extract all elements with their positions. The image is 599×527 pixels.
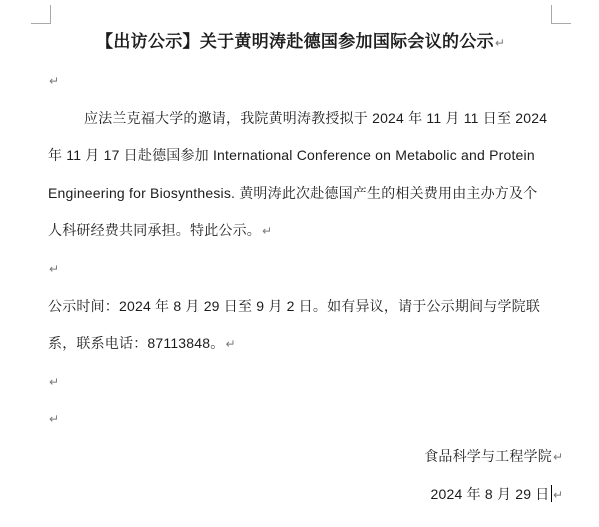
empty-paragraph-line[interactable]: ↵ xyxy=(48,400,553,438)
signature-org-line[interactable]: 食品科学与工程学院↵ xyxy=(48,438,553,476)
body-paragraph1-line4[interactable]: 人科研经费共同承担。特此公示。↵ xyxy=(48,212,553,250)
empty-paragraph-line[interactable]: ↵ xyxy=(48,363,553,401)
body-paragraph1-line2[interactable]: 年 11 月 17 日赴德国参加 International Conferenc… xyxy=(48,137,553,175)
body-text: 系，联系电话：87113848。 xyxy=(48,335,224,351)
empty-paragraph-line[interactable]: ↵ xyxy=(48,250,553,288)
signature-date: 2024 年 8 月 29 日 xyxy=(431,486,550,502)
paragraph-mark-icon: ↵ xyxy=(49,375,59,389)
body-paragraph1-line1[interactable]: 应法兰克福大学的邀请，我院黄明涛教授拟于 2024 年 11 月 11 日至 2… xyxy=(48,100,553,138)
body-text: 人科研经费共同承担。特此公示。 xyxy=(48,222,261,238)
signature-date-line[interactable]: 2024 年 8 月 29 日↵ xyxy=(48,476,553,514)
paragraph-mark-icon: ↵ xyxy=(225,337,235,351)
body-text: 公示时间：2024 年 8 月 29 日至 9 月 2 日。如有异议，请于公示期… xyxy=(48,298,540,314)
body-text: Engineering for Biosynthesis. 黄明涛此次赴德国产生… xyxy=(48,185,537,201)
paragraph-mark-icon: ↵ xyxy=(262,224,272,238)
body-paragraph2-line2[interactable]: 系，联系电话：87113848。↵ xyxy=(48,325,553,363)
body-text: 年 11 月 17 日赴德国参加 International Conferenc… xyxy=(48,147,535,163)
margin-crop-mark-top-right xyxy=(551,5,571,24)
paragraph-mark-icon: ↵ xyxy=(495,36,505,50)
paragraph-mark-icon: ↵ xyxy=(49,262,59,276)
empty-paragraph-line[interactable]: ↵ xyxy=(48,62,553,100)
document-page: 【出访公示】关于黄明涛赴德国参加国际会议的公示↵ ↵ 应法兰克福大学的邀请，我院… xyxy=(0,0,599,527)
document-text-area[interactable]: 【出访公示】关于黄明涛赴德国参加国际会议的公示↵ ↵ 应法兰克福大学的邀请，我院… xyxy=(48,22,553,513)
paragraph-mark-icon: ↵ xyxy=(49,74,59,88)
body-paragraph2-line1[interactable]: 公示时间：2024 年 8 月 29 日至 9 月 2 日。如有异议，请于公示期… xyxy=(48,288,553,326)
paragraph-mark-icon: ↵ xyxy=(49,412,59,426)
document-title: 【出访公示】关于黄明涛赴德国参加国际会议的公示 xyxy=(96,32,494,51)
body-paragraph1-line3[interactable]: Engineering for Biosynthesis. 黄明涛此次赴德国产生… xyxy=(48,175,553,213)
text-cursor-caret xyxy=(551,485,553,502)
body-text: 应法兰克福大学的邀请，我院黄明涛教授拟于 2024 年 11 月 11 日至 2… xyxy=(84,110,547,126)
signature-org: 食品科学与工程学院 xyxy=(424,448,552,464)
document-title-line[interactable]: 【出访公示】关于黄明涛赴德国参加国际会议的公示↵ xyxy=(48,22,553,62)
